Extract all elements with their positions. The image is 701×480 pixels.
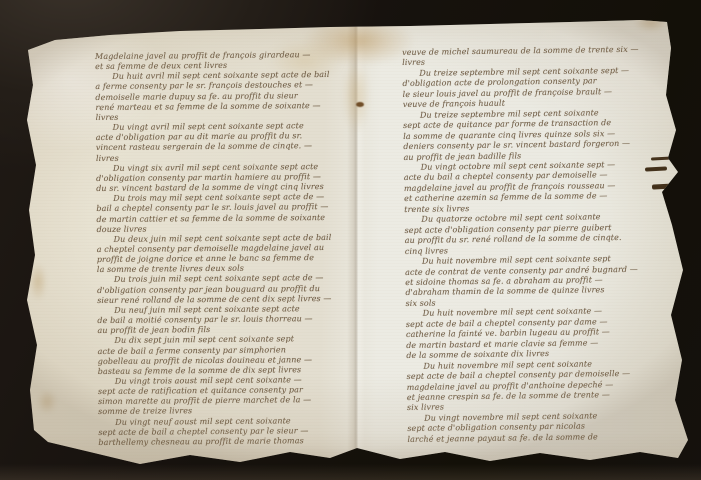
photo-background: Magdelaine javel au proffit de françois … [0,0,701,480]
background-light-band [0,464,701,480]
manuscript-sheet: Magdelaine javel au proffit de françois … [0,0,701,480]
paper-shading [0,0,701,480]
